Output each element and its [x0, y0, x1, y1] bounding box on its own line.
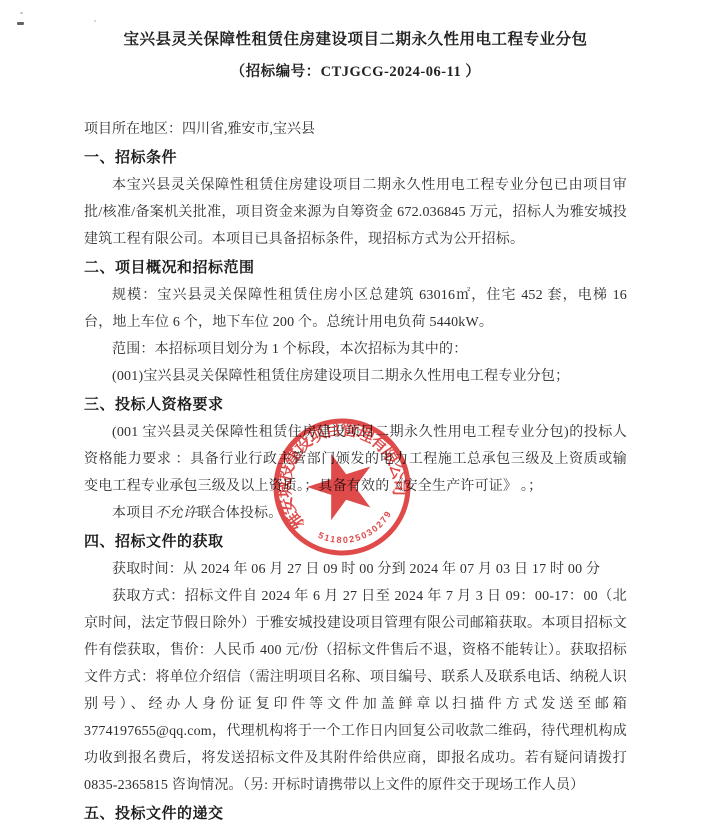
project-scale-paragraph: 规模：宝兴县灵关保障性租赁住房小区总建筑 63016㎡，住宅 452 套，电梯 …: [84, 282, 627, 336]
section-5-heading: 五、投标文件的递交: [84, 801, 627, 823]
obtain-time-line: 获取时间：从 2024 年 06 月 27 日 09 时 00 分到 2024 …: [84, 556, 627, 583]
lot-001-line: (001)宝兴县灵关保障性租赁住房建设项目二期永久性用电工程专业分包；: [84, 363, 627, 390]
tender-notice-page: 宝兴县灵关保障性租赁住房建设项目二期永久性用电工程专业分包 （招标编号：CTJG…: [0, 0, 707, 823]
section-1-heading: 一、招标条件: [84, 145, 627, 172]
project-location-line: 项目所在地区：四川省,雅安市,宝兴县: [84, 116, 627, 143]
scan-artifact: [17, 22, 24, 25]
section-1-paragraph: 本宝兴县灵关保障性租赁住房建设项目二期永久性用电工程专业分包已由项目审批/核准/…: [84, 172, 627, 253]
section-2-heading: 二、项目概况和招标范围: [84, 255, 627, 282]
jv-prefix: 本项目: [112, 506, 155, 521]
joint-venture-line: 本项目不允许联合体投标。: [84, 500, 627, 527]
tender-scope-paragraph: 范围：本招标项目划分为 1 个标段，本次招标为其中的：: [84, 336, 627, 363]
section-3-heading: 三、投标人资格要求: [84, 392, 627, 419]
jv-suffix: 联合体投标。: [197, 506, 282, 521]
qualification-paragraph: (001 宝兴县灵关保障性租赁住房建设项目二期永久性用电工程专业分包)的投标人资…: [84, 419, 627, 500]
tender-number-line: （招标编号：CTJGCG-2024-06-11 ）: [84, 56, 627, 88]
scan-artifact: [94, 20, 96, 22]
page-title: 宝兴县灵关保障性租赁住房建设项目二期永久性用电工程专业分包: [84, 24, 627, 56]
jv-not-allowed-emphasis: 不允许: [155, 506, 198, 521]
section-4-heading: 四、招标文件的获取: [84, 529, 627, 556]
obtain-method-paragraph: 获取方式：招标文件自 2024 年 6 月 27 日至 2024 年 7 月 3…: [84, 583, 627, 799]
scan-artifact: [20, 12, 23, 14]
